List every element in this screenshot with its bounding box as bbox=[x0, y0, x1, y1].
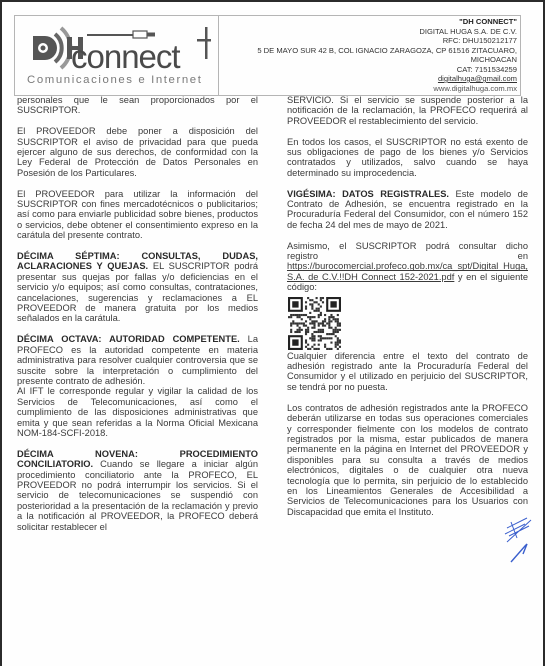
company-website: www.digitalhuga.com.mx bbox=[219, 84, 517, 94]
company-address: 5 DE MAYO SUR 42 B, COL IGNACIO ZARAGOZA… bbox=[219, 46, 517, 56]
qr-code-icon[interactable] bbox=[288, 297, 341, 350]
paragraph: SERVICIO. Si el servicio se suspende pos… bbox=[287, 95, 528, 126]
company-state: MICHOACAN bbox=[219, 55, 517, 65]
clause-19-body: Cuando se llegare a iniciar algún proced… bbox=[17, 459, 258, 531]
right-column: SERVICIO. Si el servicio se suspende pos… bbox=[287, 95, 528, 528]
clause-18-title: DÉCIMA OCTAVA: AUTORIDAD COMPETENTE. bbox=[17, 334, 240, 344]
clause-20: VIGÉSIMA: DATOS REGISTRALES. Este modelo… bbox=[287, 189, 528, 231]
company-logo: connect Comunicaciones e Internet bbox=[15, 16, 219, 95]
paragraph: El PROVEEDOR debe poner a disposición de… bbox=[17, 126, 258, 178]
company-email-link[interactable]: digitalhuga@gmail.com bbox=[219, 74, 517, 84]
registry-text: Asimismo, el SUSCRIPTOR podrá consultar … bbox=[287, 241, 528, 261]
company-brand: "DH CONNECT" bbox=[219, 17, 517, 27]
clause-19: DÉCIMA NOVENA: PROCEDIMIENTO CONCILIATOR… bbox=[17, 449, 258, 532]
logo-subtitle: Comunicaciones e Internet bbox=[27, 74, 203, 86]
paragraph: El PROVEEDOR para utilizar la informació… bbox=[17, 189, 258, 241]
registry-paragraph: Asimismo, el SUSCRIPTOR podrá consultar … bbox=[287, 241, 528, 293]
paragraph: personales que le sean proporcionados po… bbox=[17, 95, 258, 116]
paragraph: Los contratos de adhesión registrados an… bbox=[287, 403, 528, 517]
logo-wordmark: connect bbox=[71, 38, 180, 76]
contract-page: connect Comunicaciones e Internet "DH CO… bbox=[2, 2, 543, 666]
clause-18: DÉCIMA OCTAVA: AUTORIDAD COMPETENTE. La … bbox=[17, 334, 258, 386]
paragraph: En todos los casos, el SUSCRIPTOR no est… bbox=[287, 137, 528, 179]
company-cat: CAT: 7151534259 bbox=[219, 65, 517, 75]
company-legal-name: DIGITAL HUGA S.A. DE C.V. bbox=[219, 27, 517, 37]
signature-icon bbox=[503, 514, 533, 564]
paragraph: Cualquier diferencia entre el texto del … bbox=[287, 351, 528, 393]
letterhead: connect Comunicaciones e Internet "DH CO… bbox=[14, 15, 521, 96]
paragraph: Al IFT le corresponde regular y vigilar … bbox=[17, 386, 258, 438]
company-info: "DH CONNECT" DIGITAL HUGA S.A. DE C.V. R… bbox=[219, 16, 520, 95]
clause-17: DÉCIMA SÉPTIMA: CONSULTAS, DUDAS, ACLARA… bbox=[17, 251, 258, 324]
company-rfc: RFC: DHU150212177 bbox=[219, 36, 517, 46]
left-column: personales que le sean proporcionados po… bbox=[17, 95, 258, 542]
clause-20-title: VIGÉSIMA: DATOS REGISTRALES. bbox=[287, 189, 449, 199]
